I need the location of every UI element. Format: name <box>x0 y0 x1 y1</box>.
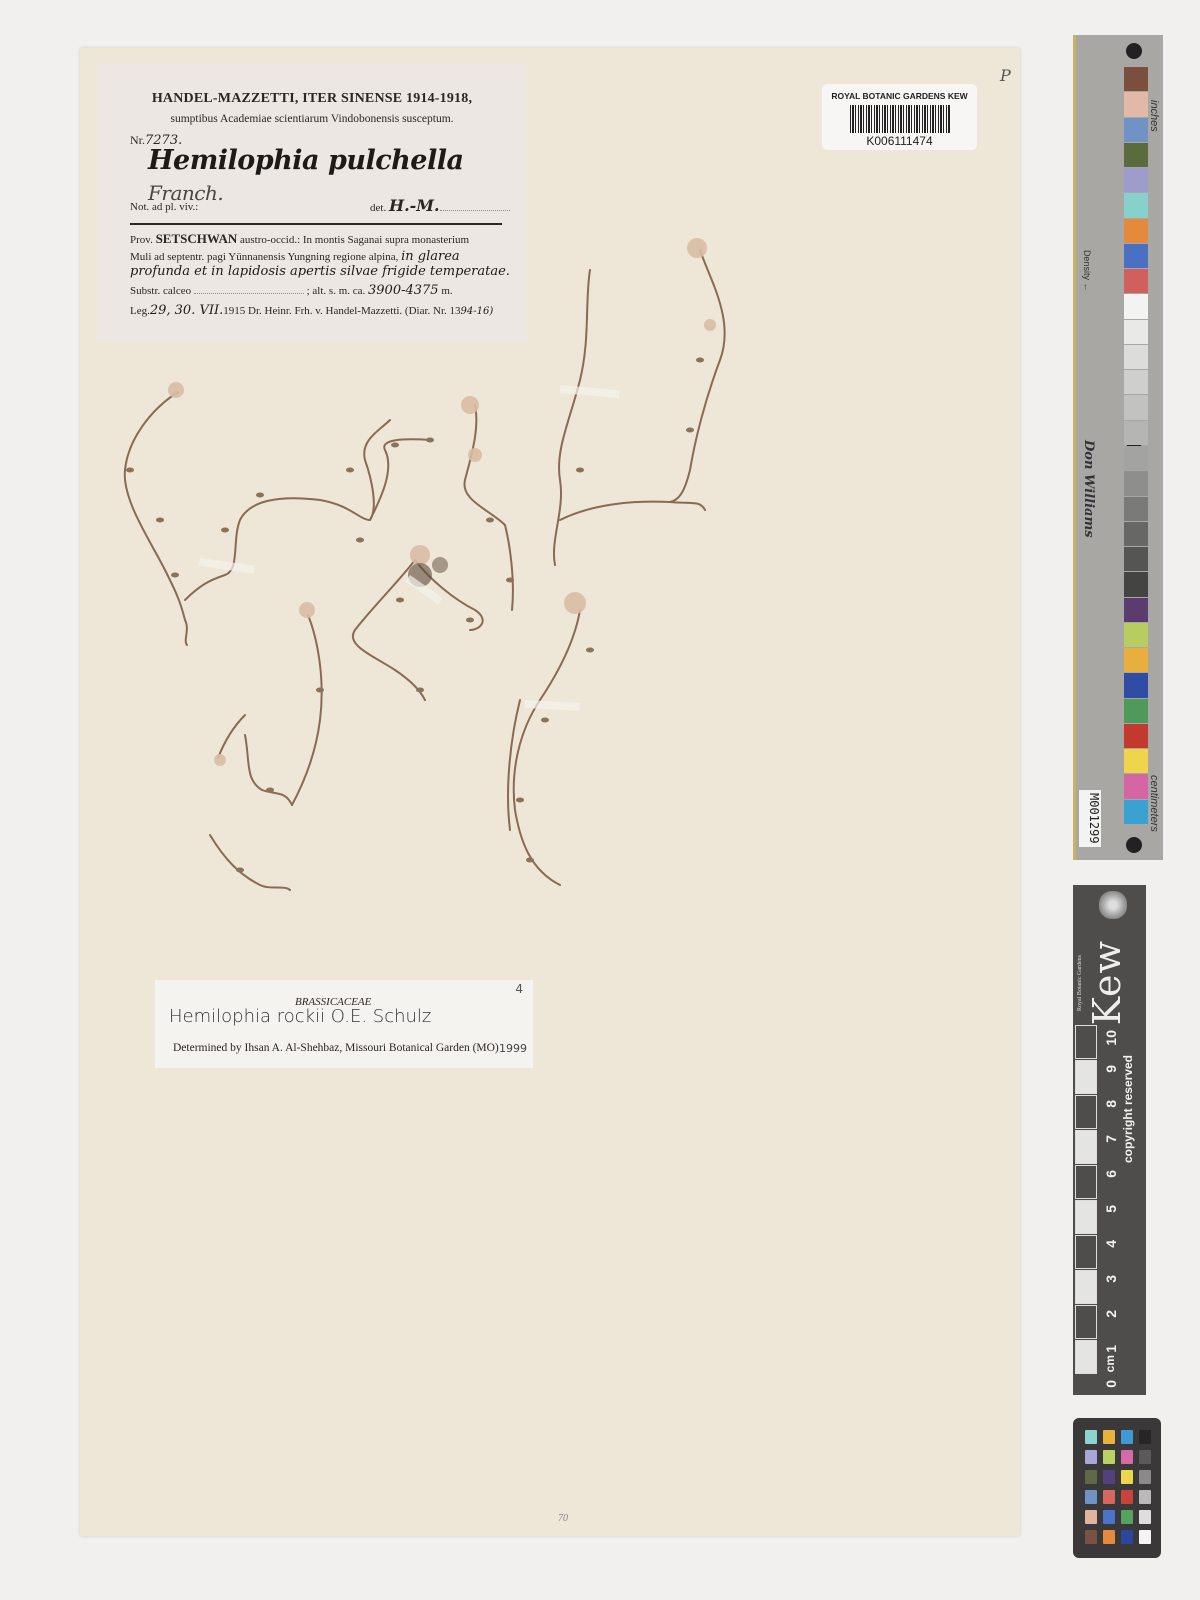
kew-crest-icon <box>1099 891 1127 919</box>
label-divider <box>130 223 502 225</box>
color-swatch <box>1124 193 1148 217</box>
ruler-segment <box>1075 1305 1097 1339</box>
collector-label: HANDEL-MAZZETTI, ITER SINENSE 1914-1918,… <box>98 63 526 341</box>
habitat-line: profunda et in lapidosis apertis silvae … <box>130 264 510 279</box>
color-swatch <box>1124 395 1148 419</box>
color-swatch <box>1124 345 1148 369</box>
determined-by: Determined by Ihsan A. Al-Shehbaz, Misso… <box>173 1042 499 1054</box>
density-label: Density ← <box>1082 250 1092 292</box>
copyright-label: copyright reserved <box>1121 1055 1135 1163</box>
color-swatch <box>1124 774 1148 798</box>
color-swatch <box>1124 673 1148 697</box>
ruler-tick-label: 2 <box>1103 1310 1119 1318</box>
institution-name: ROYAL BOTANIC GARDENS KEW <box>822 91 977 101</box>
color-chip <box>1103 1490 1115 1504</box>
color-swatch <box>1124 648 1148 672</box>
color-chip <box>1085 1450 1097 1464</box>
inches-label: inches <box>1148 100 1160 132</box>
determined-taxon: Hemilophia rockii O.E. Schulz <box>169 1006 431 1027</box>
expedition-subtitle: sumptibus Academiae scientiarum Vindobon… <box>98 113 526 125</box>
color-swatch <box>1124 294 1148 318</box>
color-chip <box>1103 1430 1115 1444</box>
color-chip <box>1103 1510 1115 1524</box>
ruler-segment <box>1075 1095 1097 1129</box>
strip-brand: Don Williams <box>1081 440 1096 538</box>
determination-number: 4 <box>515 982 523 996</box>
not-ad-pl-viv: Not. ad pl. viv.: <box>130 201 198 213</box>
ruler-tick-label: 8 <box>1103 1100 1119 1108</box>
color-swatch <box>1124 724 1148 748</box>
color-chip <box>1139 1430 1151 1444</box>
color-swatch <box>1124 547 1148 571</box>
color-swatch <box>1124 168 1148 192</box>
color-swatch <box>1124 623 1148 647</box>
determination-year: 1999 <box>499 1042 527 1055</box>
ruler-tick-label: 6 <box>1103 1170 1119 1178</box>
color-swatch <box>1124 699 1148 723</box>
ruler-tick-label: 4 <box>1103 1240 1119 1248</box>
determiner: det. H.-M. <box>370 196 510 215</box>
color-chip <box>1121 1470 1133 1484</box>
corner-mark: P <box>1000 66 1011 85</box>
ruler-tick-label: 10 <box>1103 1030 1119 1046</box>
ruler-tick-label: 1 <box>1103 1345 1119 1353</box>
color-chip <box>1121 1510 1133 1524</box>
ruler-tick-label: 9 <box>1103 1065 1119 1073</box>
color-chip <box>1103 1450 1115 1464</box>
color-swatch <box>1124 143 1148 167</box>
ruler-segment <box>1075 1340 1097 1374</box>
strip-id: M001299 <box>1079 790 1101 847</box>
color-swatch <box>1124 497 1148 521</box>
color-chip <box>1139 1470 1151 1484</box>
color-checker-card <box>1073 1418 1161 1558</box>
ruler-tick-label: 5 <box>1103 1205 1119 1213</box>
kew-scale-ruler: Royal Botanic Gardens Kew copyright rese… <box>1073 885 1146 1395</box>
color-swatch <box>1124 572 1148 596</box>
collector-line: Leg.29, 30. VII.1915 Dr. Heinr. Frh. v. … <box>130 303 493 318</box>
determination-label: 4 BRASSICACEAE Hemilophia rockii O.E. Sc… <box>155 980 533 1068</box>
strip-hole-icon <box>1126 43 1142 59</box>
centimeters-label: centimeters <box>1148 775 1160 832</box>
color-chip <box>1085 1430 1097 1444</box>
color-swatch <box>1124 522 1148 546</box>
color-swatch <box>1124 370 1148 394</box>
color-chip <box>1121 1450 1133 1464</box>
ruler-tick-label: 0 <box>1103 1380 1119 1388</box>
color-chip <box>1085 1490 1097 1504</box>
ruler-segment <box>1075 1165 1097 1199</box>
color-chip <box>1121 1430 1133 1444</box>
ruler-segment <box>1075 1235 1097 1269</box>
color-swatch <box>1124 749 1148 773</box>
ruler-tick-label: 7 <box>1103 1135 1119 1143</box>
color-swatch <box>1124 244 1148 268</box>
kew-logo: Kew <box>1085 940 1129 1025</box>
barcode-icon <box>850 105 950 133</box>
color-chip <box>1139 1450 1151 1464</box>
color-swatch <box>1124 92 1148 116</box>
ruler-segment <box>1075 1025 1097 1059</box>
color-swatch <box>1124 320 1148 344</box>
color-chip <box>1103 1530 1115 1544</box>
color-swatch <box>1124 471 1148 495</box>
color-swatch <box>1124 219 1148 243</box>
color-swatch <box>1124 67 1148 91</box>
color-chip <box>1085 1530 1097 1544</box>
color-swatch <box>1124 118 1148 142</box>
color-chip <box>1139 1490 1151 1504</box>
color-chip <box>1139 1510 1151 1524</box>
color-swatch <box>1124 446 1148 470</box>
province-line: Prov. SETSCHWAN austro-occid.: In montis… <box>130 231 469 247</box>
color-chip <box>1085 1510 1097 1524</box>
ruler-segment <box>1075 1270 1097 1304</box>
color-density-strip: inches Density ← Don Williams M001299 ce… <box>1073 35 1163 860</box>
expedition-title: HANDEL-MAZZETTI, ITER SINENSE 1914-1918, <box>98 91 526 107</box>
color-chip <box>1121 1490 1133 1504</box>
color-swatch <box>1124 800 1148 824</box>
color-chip <box>1103 1470 1115 1484</box>
barcode-number: K006111474 <box>822 134 977 148</box>
kew-subtitle: Royal Botanic Gardens <box>1077 955 1083 1011</box>
locality-line: Muli ad septentr. pagi Yünnanensis Yungn… <box>130 249 460 264</box>
substrate-altitude-line: Substr. calceo ; alt. s. m. ca. 3900-437… <box>130 283 453 298</box>
ruler-segment <box>1075 1130 1097 1164</box>
color-swatch <box>1124 421 1148 445</box>
ruler-tick-label: 3 <box>1103 1275 1119 1283</box>
ruler-segment <box>1075 1060 1097 1094</box>
color-chip <box>1121 1530 1133 1544</box>
ruler-segment <box>1075 1200 1097 1234</box>
cm-label: cm <box>1103 1355 1117 1372</box>
strip-hole-icon <box>1126 837 1142 853</box>
sheet-stamp: 70 <box>558 1513 568 1524</box>
color-swatch <box>1124 269 1148 293</box>
barcode-label: ROYAL BOTANIC GARDENS KEW K006111474 <box>822 84 977 150</box>
color-chip <box>1139 1530 1151 1544</box>
color-swatch <box>1124 598 1148 622</box>
color-chip <box>1085 1470 1097 1484</box>
